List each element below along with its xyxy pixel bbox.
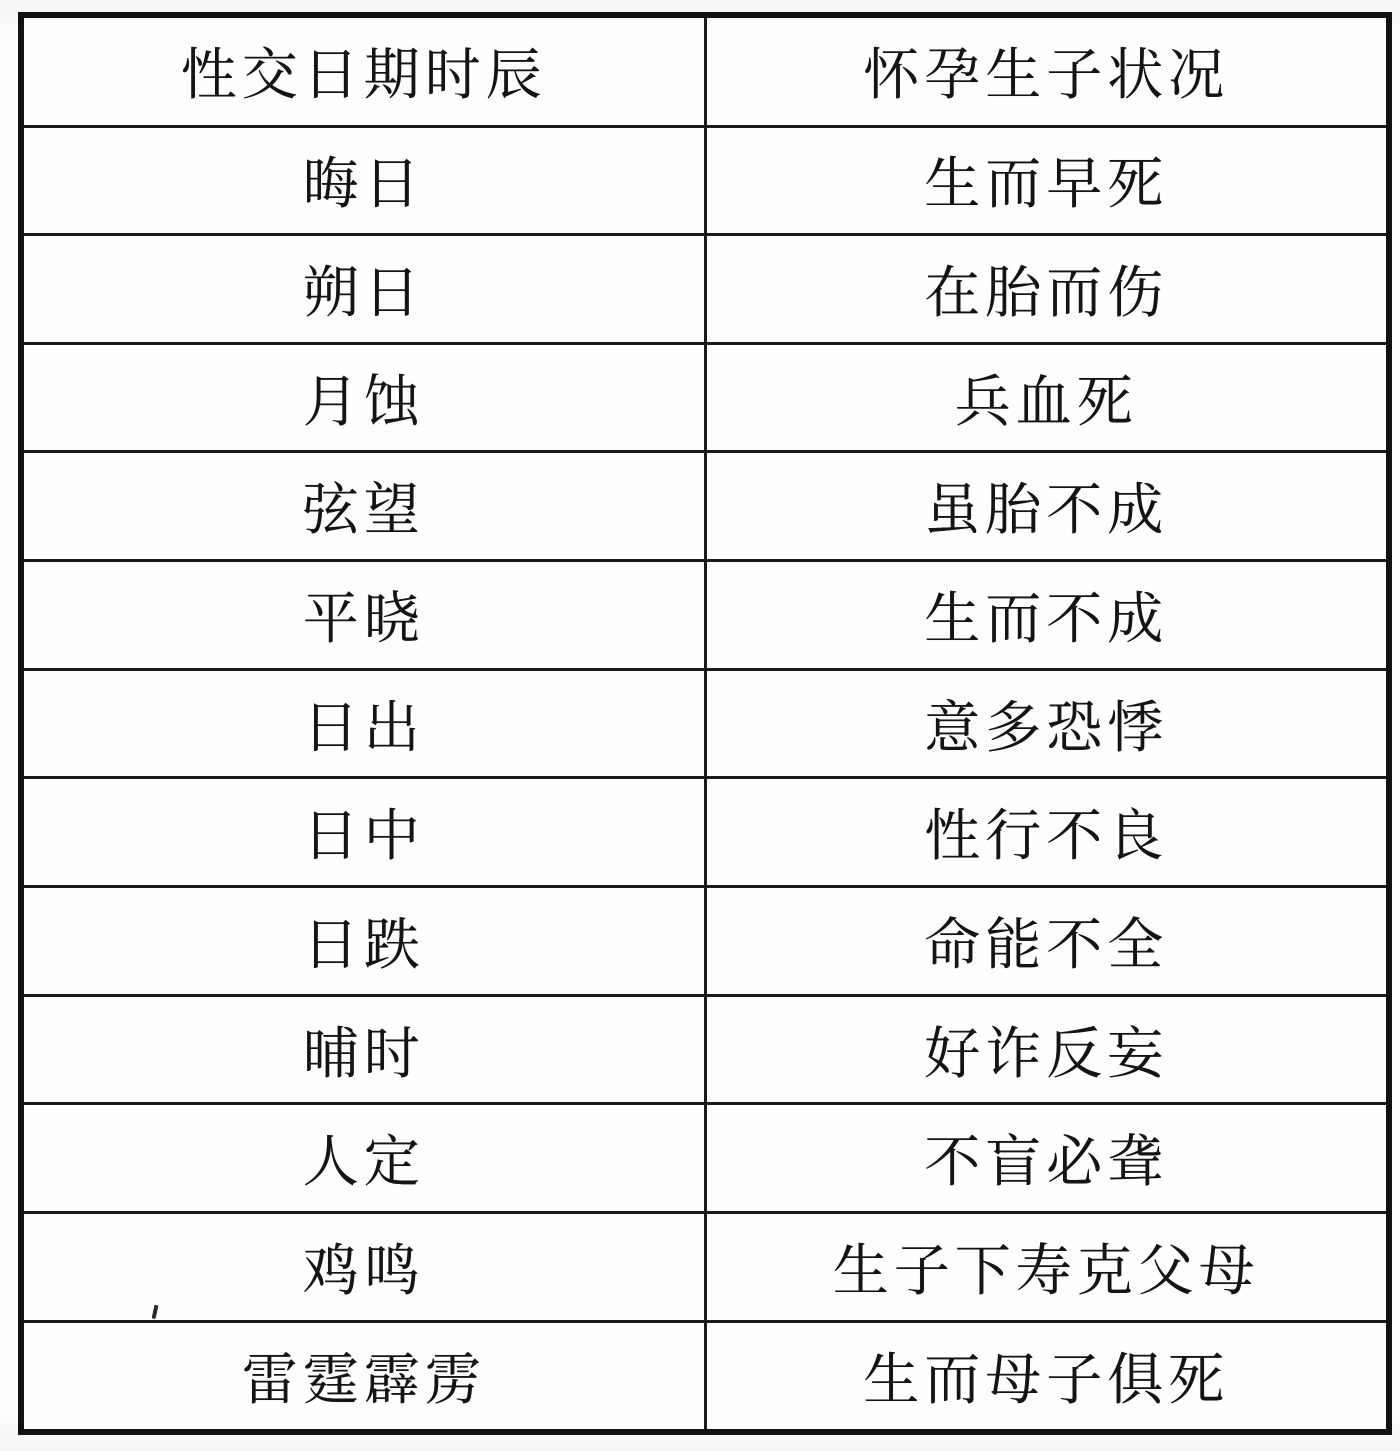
table-row: 月蚀 兵血死 (21, 343, 1389, 452)
outcome-cell: 生子下寿克父母 (705, 1213, 1389, 1322)
time-cell: 日出 (21, 669, 705, 778)
outcome-cell: 兵血死 (705, 343, 1389, 452)
header-row: 性交日期时辰 怀孕生子状况 (21, 15, 1389, 126)
time-cell: 平晓 (21, 561, 705, 670)
table-body: 晦日 生而早死 朔日 在胎而伤 月蚀 兵血死 弦望 虽胎不成 平晓 生而不成 日… (21, 126, 1389, 1432)
table-row: 鸡鸣 生子下寿克父母 (21, 1213, 1389, 1322)
conception-outcome-table: 性交日期时辰 怀孕生子状况 晦日 生而早死 朔日 在胎而伤 月蚀 兵血死 弦望 … (18, 12, 1392, 1435)
time-cell: 雷霆霹雳 (21, 1321, 705, 1432)
time-cell: 晦日 (21, 126, 705, 235)
column-header-outcome: 怀孕生子状况 (705, 15, 1389, 126)
outcome-cell: 命能不全 (705, 887, 1389, 996)
time-cell: 朔日 (21, 235, 705, 344)
outcome-cell: 意多恐悸 (705, 669, 1389, 778)
table-row: 日出 意多恐悸 (21, 669, 1389, 778)
outcome-cell: 虽胎不成 (705, 452, 1389, 561)
time-cell: 晡时 (21, 995, 705, 1104)
outcome-cell: 生而不成 (705, 561, 1389, 670)
table-row: 朔日 在胎而伤 (21, 235, 1389, 344)
column-header-datetime: 性交日期时辰 (21, 15, 705, 126)
table-row: 日中 性行不良 (21, 778, 1389, 887)
time-cell: 日跌 (21, 887, 705, 996)
table-row: 平晓 生而不成 (21, 561, 1389, 670)
table-row: 弦望 虽胎不成 (21, 452, 1389, 561)
table-row: 晦日 生而早死 (21, 126, 1389, 235)
outcome-cell: 性行不良 (705, 778, 1389, 887)
table-row: 人定 不盲必聋 (21, 1104, 1389, 1213)
time-cell: 人定 (21, 1104, 705, 1213)
scanned-page: 性交日期时辰 怀孕生子状况 晦日 生而早死 朔日 在胎而伤 月蚀 兵血死 弦望 … (0, 0, 1400, 1451)
table-row: 晡时 好诈反妄 (21, 995, 1389, 1104)
outcome-cell: 好诈反妄 (705, 995, 1389, 1104)
outcome-cell: 在胎而伤 (705, 235, 1389, 344)
outcome-cell: 生而母子俱死 (705, 1321, 1389, 1432)
time-cell: 日中 (21, 778, 705, 887)
outcome-cell: 生而早死 (705, 126, 1389, 235)
time-cell: 月蚀 (21, 343, 705, 452)
table-row: 日跌 命能不全 (21, 887, 1389, 996)
table-row: 雷霆霹雳 生而母子俱死 (21, 1321, 1389, 1432)
time-cell: 鸡鸣 (21, 1213, 705, 1322)
outcome-cell: 不盲必聋 (705, 1104, 1389, 1213)
time-cell: 弦望 (21, 452, 705, 561)
